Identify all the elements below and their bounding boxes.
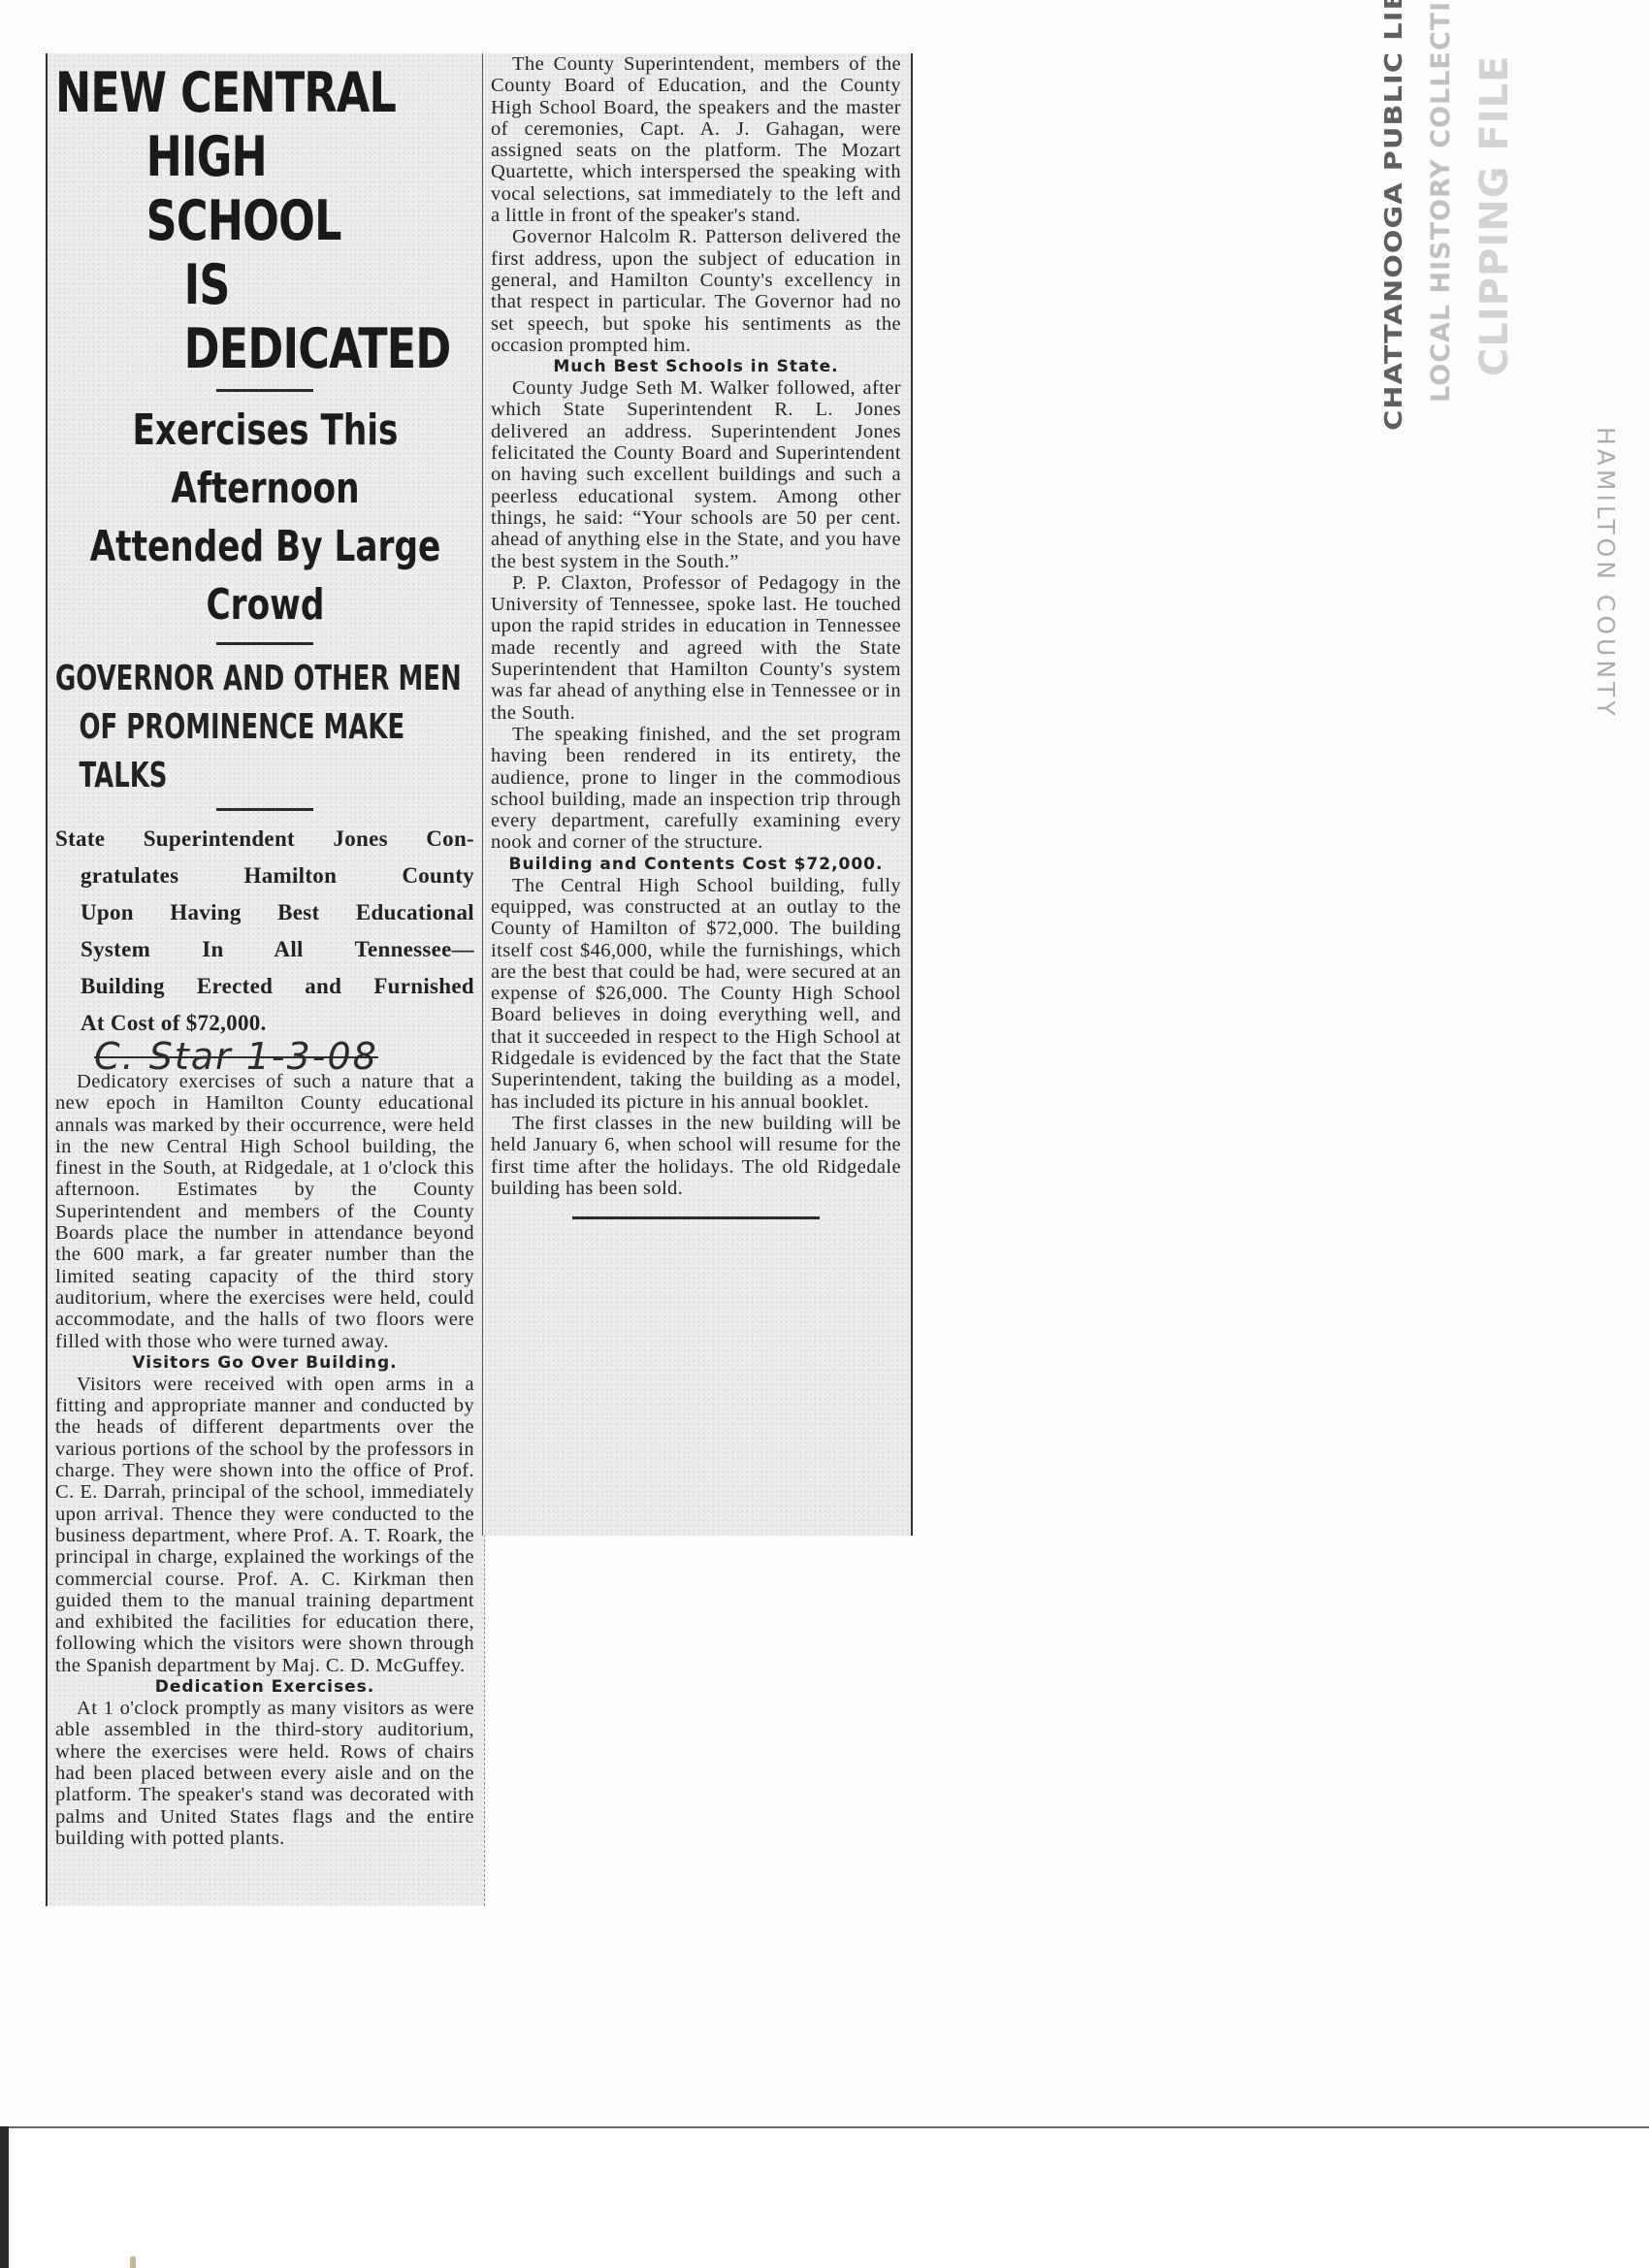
deck-line-1: Exercises This Afternoon: [55, 402, 473, 518]
summary-headline: State Superintendent Jones Con- gratulat…: [55, 821, 474, 1042]
stamp-collection-name: LOCAL HISTORY COLLECTION: [1426, 29, 1467, 403]
article-end-rule: [572, 1216, 820, 1219]
visitors-paragraph: Visitors were received with open arms in…: [55, 1374, 474, 1676]
claxton-paragraph: P. P. Claxton, Professor of Pedagogy in …: [491, 572, 901, 724]
subject-label: HAMILTON COUNTY: [1581, 427, 1620, 1348]
main-headline: NEW CENTRAL HIGH SCHOOL IS DEDICATED: [55, 61, 473, 381]
library-stamp: CHATTANOOGA PUBLIC LIBRARY LOCAL HISTORY…: [1379, 29, 1539, 403]
summary-line: System In All Tennessee—: [55, 931, 474, 968]
subheadline-rule: [216, 808, 313, 811]
cost-paragraph: The Central High School building, fully …: [491, 875, 901, 1113]
subheadline: GOVERNOR AND OTHER MEN OF PROMINENCE MAK…: [55, 655, 474, 800]
headline-rule: [216, 389, 313, 392]
summary-line: Building Erected and Furnished: [55, 968, 474, 1005]
clipping-column-2: The County Superintendent, members of th…: [482, 53, 913, 1536]
section-heading-best-schools: Much Best Schools in State.: [491, 356, 901, 377]
intro-paragraph: Dedicatory exercises of such a nature th…: [55, 1071, 474, 1352]
scanner-artifact: [130, 2256, 136, 2268]
column-1-body: Dedicatory exercises of such a nature th…: [55, 1071, 474, 1849]
stamp-library-name: CHATTANOOGA PUBLIC LIBRARY: [1379, 1, 1420, 431]
scanned-page: NEW CENTRAL HIGH SCHOOL IS DEDICATED Exe…: [0, 0, 1649, 2128]
summary-line: State Superintendent Jones Con-: [55, 821, 474, 858]
inspection-paragraph: The speaking finished, and the set progr…: [491, 724, 901, 854]
platform-paragraph: The County Superintendent, members of th…: [491, 53, 901, 226]
section-heading-dedication: Dedication Exercises.: [55, 1676, 474, 1698]
jones-paragraph: County Judge Seth M. Walker followed, af…: [491, 377, 901, 572]
clipping-column-1: NEW CENTRAL HIGH SCHOOL IS DEDICATED Exe…: [46, 53, 485, 1906]
handwritten-source-note: C. Star 1-3-08: [55, 1038, 474, 1071]
subheadline-line-1: GOVERNOR AND OTHER MEN: [55, 655, 474, 703]
section-heading-cost: Building and Contents Cost $72,000.: [491, 854, 901, 875]
section-heading-visitors: Visitors Go Over Building.: [55, 1352, 474, 1374]
summary-line: gratulates Hamilton County: [55, 858, 474, 894]
headline-line-2: HIGH SCHOOL: [55, 125, 473, 253]
column-2-body: The County Superintendent, members of th…: [491, 53, 901, 1199]
deck-line-2: Attended By Large: [55, 518, 473, 576]
deck-headline: Exercises This Afternoon Attended By Lar…: [55, 402, 473, 634]
subheadline-line-2: OF PROMINENCE MAKE TALKS: [55, 703, 474, 800]
stamp-file-label: CLIPPING FILE: [1472, 29, 1513, 403]
governor-paragraph: Governor Halcolm R. Patterson delivered …: [491, 226, 901, 356]
scanner-edge-shadow: [0, 2126, 9, 2268]
headline-line-3: IS DEDICATED: [55, 253, 473, 381]
summary-line: Upon Having Best Educational: [55, 894, 474, 931]
first-classes-paragraph: The first classes in the new building wi…: [491, 1113, 901, 1199]
deck-line-3: Crowd: [55, 576, 473, 634]
deck-rule: [216, 642, 313, 645]
headline-line-1: NEW CENTRAL: [55, 61, 473, 125]
dedication-paragraph: At 1 o'clock promptly as many visitors a…: [55, 1698, 474, 1849]
